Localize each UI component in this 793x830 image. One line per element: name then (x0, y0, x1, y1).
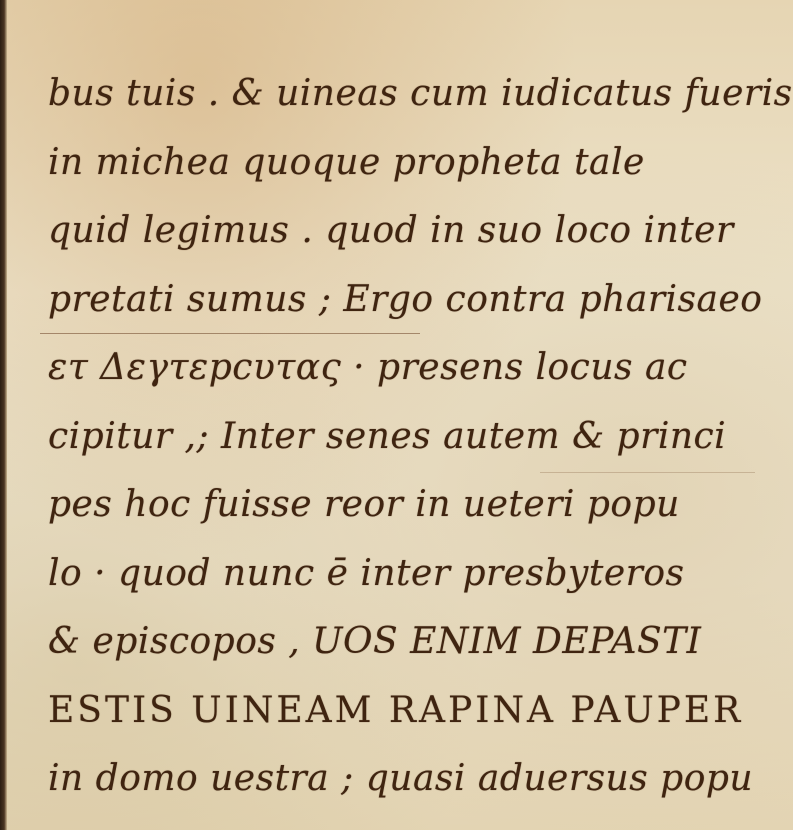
text-line-2: in michea quoque propheta tale (48, 129, 793, 198)
text-line-8: lo · quod nunc ē inter presbyteros (48, 540, 793, 609)
text-line-1: bus tuis . & uineas cum iudicatus fueris (48, 60, 793, 129)
text-line-11: in domo uestra ; quasi aduersus popu (48, 745, 793, 814)
text-line-9: & episcopos , UOS ENIM DEPASTI (48, 608, 793, 677)
text-line-10-uncial: ESTIS UINEAM RAPINA PAUPER (48, 677, 793, 746)
manuscript-text-block: bus tuis . & uineas cum iudicatus fueris… (48, 60, 793, 814)
text-line-3: quid legimus . quod in suo loco inter (48, 197, 793, 266)
binding-edge (0, 0, 7, 830)
text-line-4: pretati sumus ; Ergo contra pharisaeo (48, 266, 793, 335)
text-line-6: cipitur ,; Inter senes autem & princi (48, 403, 793, 472)
manuscript-page: bus tuis . & uineas cum iudicatus fueris… (0, 0, 793, 830)
text-line-7: pes hoc fuisse reor in ueteri popu (48, 471, 793, 540)
text-line-5-greek: ετ Δεγτεpcυτας · presens locus ac (48, 334, 793, 403)
